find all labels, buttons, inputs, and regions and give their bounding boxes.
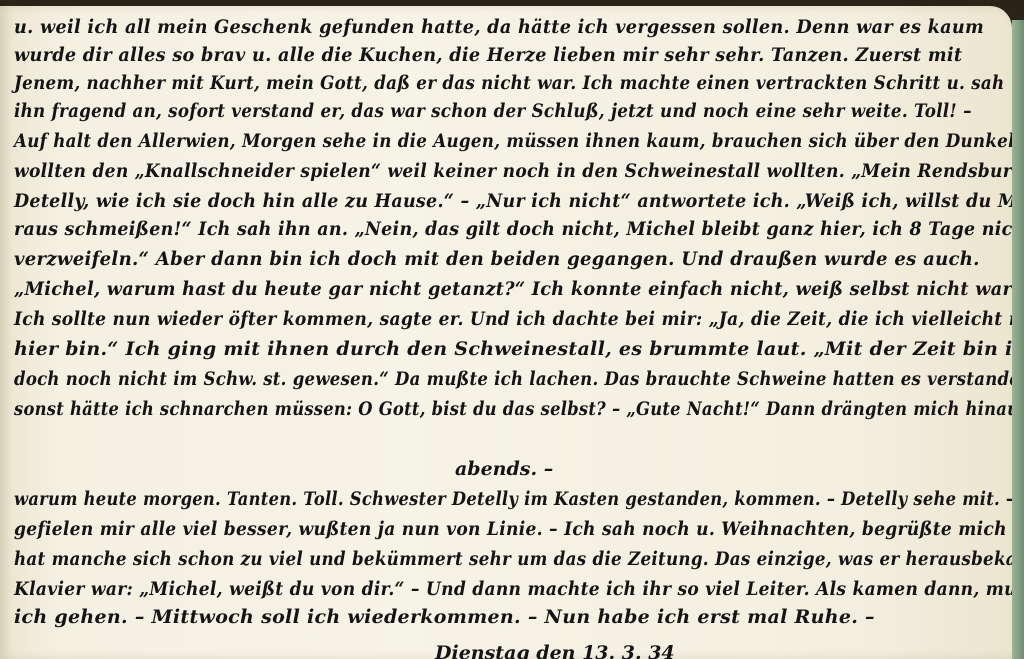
date-heading: Dienstag den 13. 3. 34	[435, 642, 675, 659]
text-line: hier bin.“ Ich ging mit ihnen durch den …	[14, 338, 1024, 360]
text-line: Ich sollte nun wieder öfter kommen, sagt…	[14, 308, 1024, 330]
text-line: raus schmeißen!“ Ich sah ihn an. „Nein, …	[14, 218, 1024, 240]
page-edge	[1012, 20, 1024, 659]
text-line: Klavier war: „Michel, weißt du von dir.“…	[14, 578, 1024, 600]
text-line: u. weil ich all mein Geschenk gefunden h…	[14, 16, 984, 38]
text-line: sonst hätte ich schnarchen müssen: O Got…	[14, 398, 1024, 420]
text-line: doch noch nicht im Schw. st. gewesen.“ D…	[14, 368, 1024, 390]
section-heading: abends. –	[455, 458, 553, 480]
diary-page: u. weil ich all mein Geschenk gefunden h…	[0, 6, 1012, 659]
text-line: wurde dir alles so brav u. alle die Kuch…	[14, 44, 962, 66]
text-line: „Michel, warum hast du heute gar nicht g…	[14, 278, 1024, 300]
text-line: wollten den „Knallschneider spielen“ wei…	[14, 160, 1024, 182]
text-line: gefielen mir alle viel besser, wußten ja…	[14, 518, 1024, 540]
text-line: verzweifeln.“ Aber dann bin ich doch mit…	[14, 248, 980, 270]
text-line: Auf halt den Allerwien, Morgen sehe in d…	[14, 130, 1024, 152]
text-line: warum heute morgen. Tanten. Toll. Schwes…	[14, 488, 1024, 510]
text-line: Jenem, nachher mit Kurt, mein Gott, daß …	[14, 72, 1004, 94]
text-line: Detelly, wie ich sie doch hin alle zu Ha…	[14, 190, 1024, 212]
text-line: ich gehen. – Mittwoch soll ich wiederkom…	[14, 606, 875, 628]
text-line: hat manche sich schon zu viel und bekümm…	[14, 548, 1024, 570]
text-line: ihn fragend an, sofort verstand er, das …	[14, 100, 972, 122]
